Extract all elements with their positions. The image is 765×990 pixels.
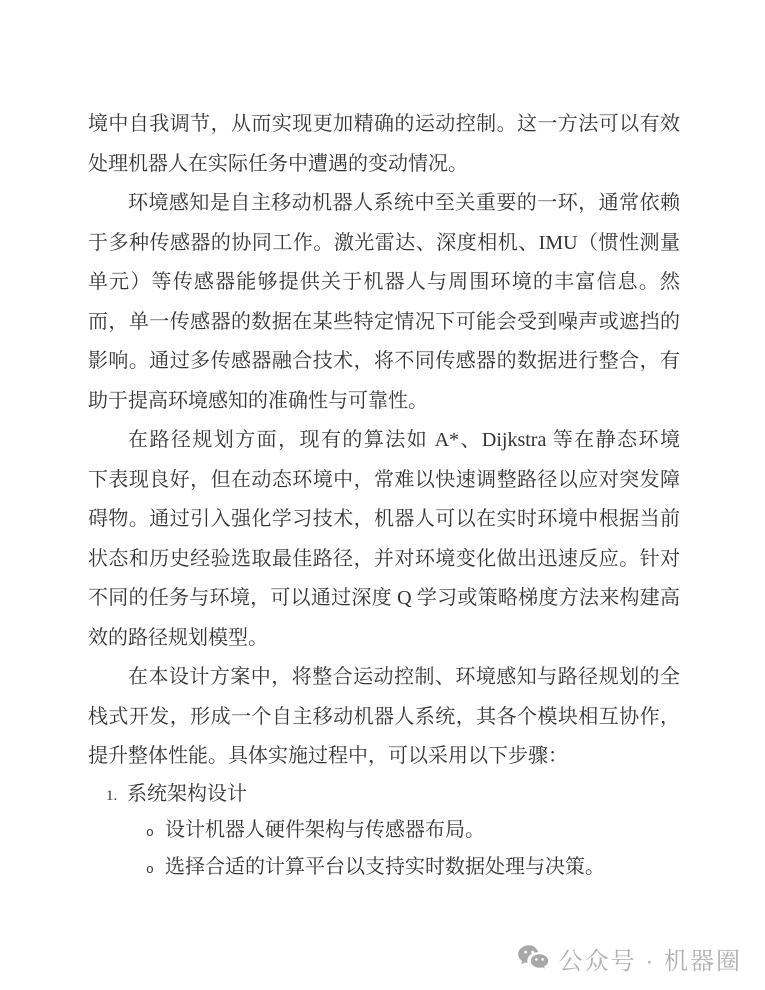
text-line: 环境感知是自主移动机器人系统中至关重要的一环，通常依赖: [88, 184, 680, 224]
text-line: 状态和历史经验选取最佳路径，并对环境变化做出迅速反应。针对: [88, 540, 680, 580]
text-line: 而，单一传感器的数据在某些特定情况下可能会受到噪声或遮挡的: [88, 303, 680, 343]
text-line: 境中自我调节，从而实现更加精确的运动控制。这一方法可以有效: [88, 105, 680, 145]
text-line: 提升整体性能。具体实施过程中，可以采用以下步骤：: [88, 737, 680, 777]
watermark: 公众号 · 机器圈: [517, 941, 742, 975]
watermark-label: 公众号 · 机器圈: [559, 941, 742, 976]
bullet-list-item: o设计机器人硬件架构与传感器布局。: [88, 813, 680, 851]
text-line: 栈式开发，形成一个自主移动机器人系统，其各个模块相互协作，: [88, 698, 680, 738]
text-line: 效的路径规划模型。: [88, 619, 680, 659]
wechat-icon: [517, 944, 550, 972]
text-line: 不同的任务与环境，可以通过深度 Q 学习或策略梯度方法来构建高: [88, 579, 680, 619]
text-line: 于多种传感器的协同工作。激光雷达、深度相机、IMU（惯性测量: [88, 224, 680, 264]
text-line: 影响。通过多传感器融合技术，将不同传感器的数据进行整合，有: [88, 342, 680, 382]
list-item-label: 系统架构设计: [127, 783, 247, 805]
bullet-list-item: o选择合适的计算平台以支持实时数据处理与决策。: [88, 850, 680, 888]
numbered-list-item: 1.系统架构设计: [88, 777, 680, 813]
text-line: 单元）等传感器能够提供关于机器人与周围环境的丰富信息。然: [88, 263, 680, 303]
text-line: 下表现良好，但在动态环境中，常难以快速调整路径以应对突发障: [88, 461, 680, 501]
text-line: 处理机器人在实际任务中遭遇的变动情况。: [88, 145, 680, 185]
text-line: 在路径规划方面，现有的算法如 A*、Dijkstra 等在静态环境: [88, 421, 680, 461]
bullet-icon: o: [146, 815, 165, 851]
text-line: 碍物。通过引入强化学习技术，机器人可以在实时环境中根据当前: [88, 500, 680, 540]
bullet-icon: o: [146, 852, 165, 888]
list-item-label: 选择合适的计算平台以支持实时数据处理与决策。: [165, 856, 605, 878]
list-item-label: 设计机器人硬件架构与传感器布局。: [165, 819, 485, 841]
list-number: 1.: [106, 779, 127, 813]
document-page: 境中自我调节，从而实现更加精确的运动控制。这一方法可以有效 处理机器人在实际任务…: [0, 0, 765, 990]
text-line: 在本设计方案中，将整合运动控制、环境感知与路径规划的全: [88, 658, 680, 698]
text-line: 助于提高环境感知的准确性与可靠性。: [88, 382, 680, 422]
document-body: 境中自我调节，从而实现更加精确的运动控制。这一方法可以有效 处理机器人在实际任务…: [88, 105, 680, 888]
